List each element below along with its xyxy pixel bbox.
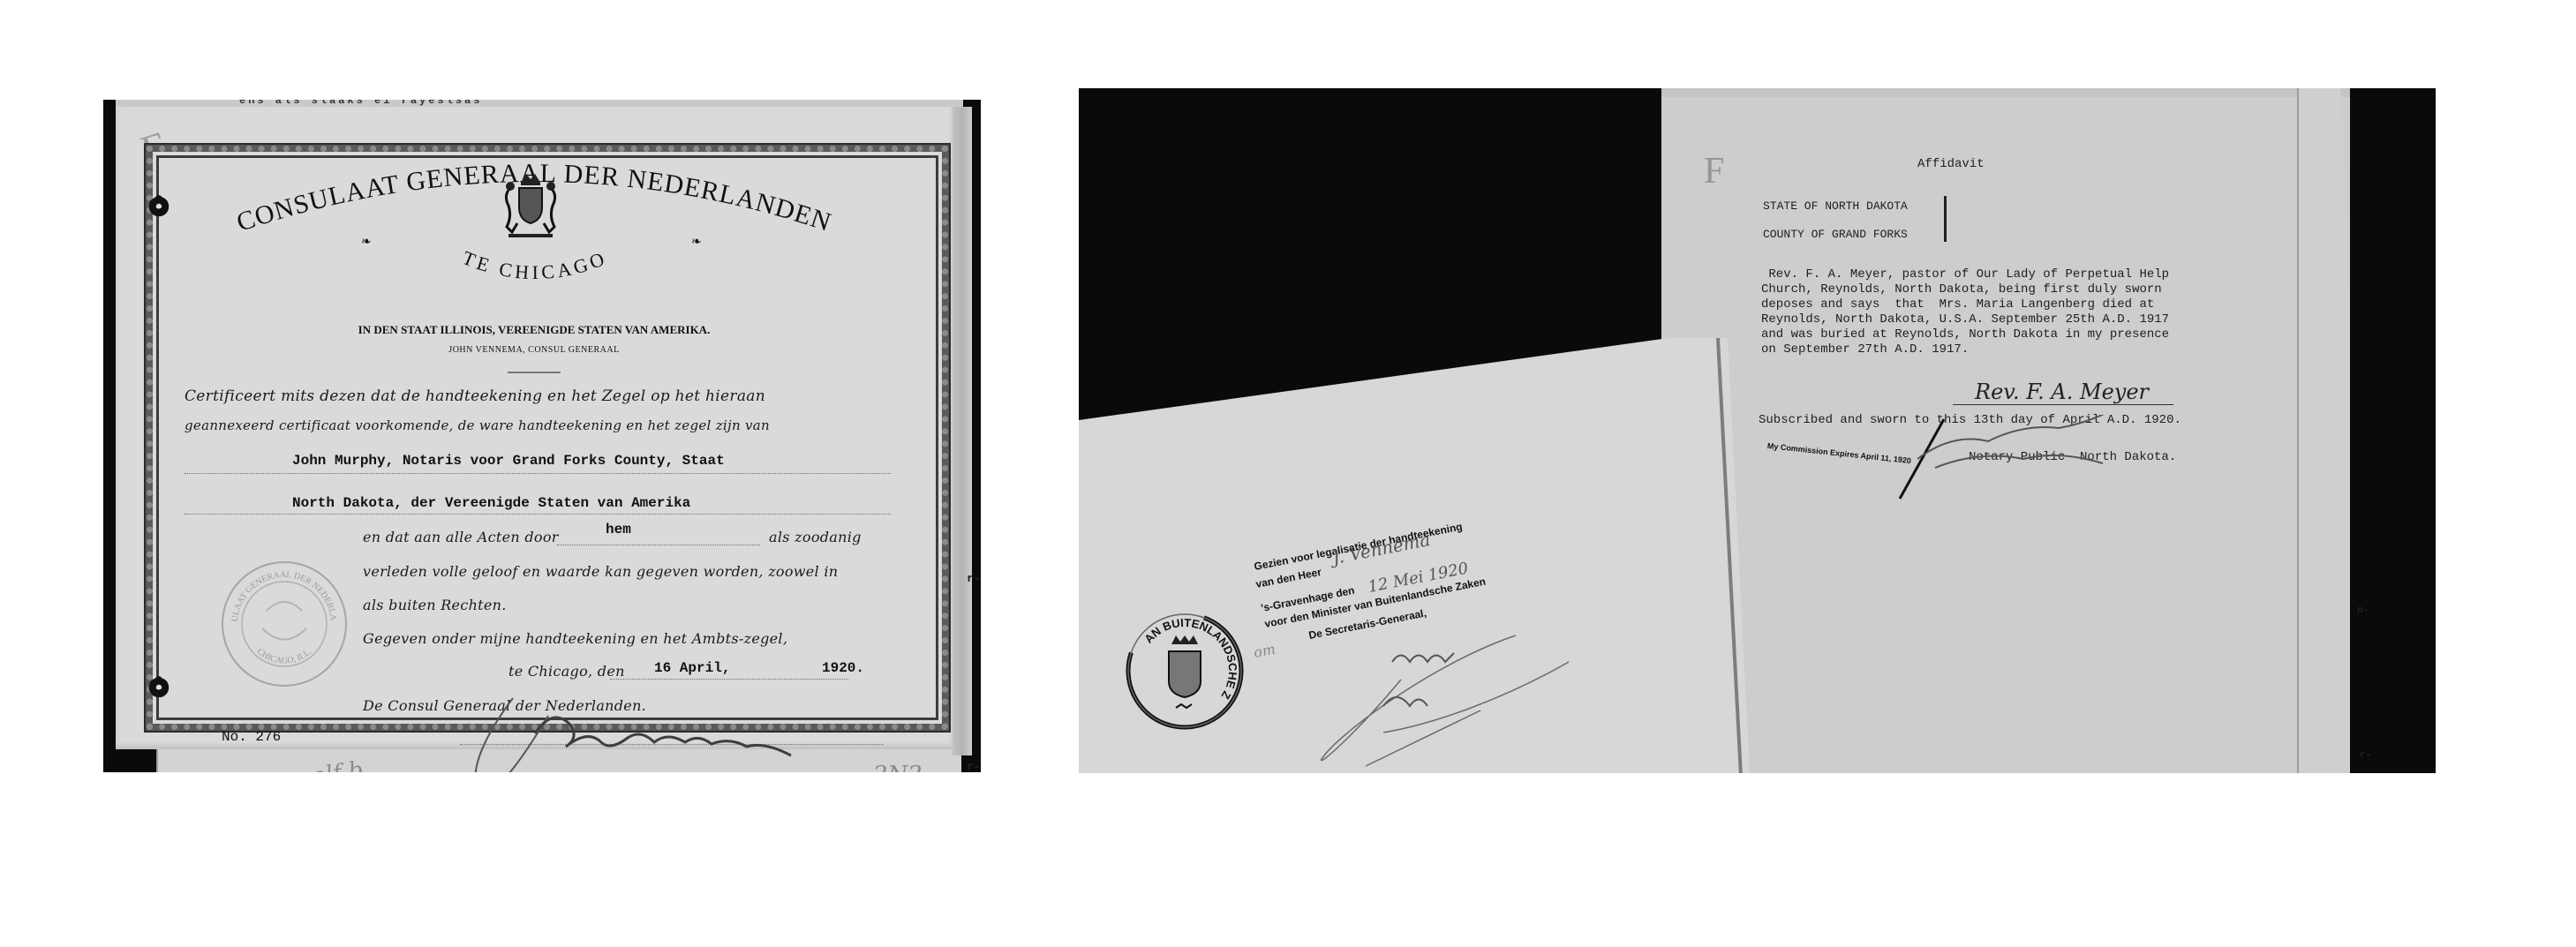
fill-rule [610, 679, 848, 680]
svg-text:CONSULAAT GENERAAL DER NEDERLA: CONSULAAT GENERAAL DER NEDERLANDEN [218, 558, 338, 622]
affidavit-title: Affidavit [1917, 157, 1985, 171]
body-line-1: Certificeert mits dezen dat de handteeke… [185, 387, 765, 405]
svg-text:John Murphy: John Murphy [1882, 415, 1887, 416]
svg-text:TE CHICAGO: TE CHICAGO [459, 246, 610, 283]
margin-mark: r- [967, 572, 981, 585]
venue-bracket [1944, 196, 1947, 242]
consulate-certificate-scan: ens als slaaks ei rayeslsas F CONSULAAT … [103, 100, 981, 772]
top-strip [1661, 88, 2368, 98]
ornament-icon: ❧ [361, 235, 372, 250]
notary-state: North Dakota, der Vereenigde Staten van … [292, 495, 690, 511]
city-subtitle: TE CHICAGO [459, 246, 610, 283]
body-line-5a: en dat aan alle Acten door [363, 529, 559, 545]
pencil-initial: F [1704, 150, 1724, 192]
deponent-signature: Rev. F. A. Meyer [1975, 380, 2149, 404]
consul-line: JOHN VENNEMA, CONSUL GENERAAL [116, 345, 953, 355]
te-chicago-arc: TE CHICAGO [380, 230, 689, 301]
body-line-6: verleden volle geloof en waarde kan gege… [363, 563, 838, 580]
divider [508, 372, 561, 373]
pencil-note: 2N2 [873, 762, 923, 772]
svg-text:CHICAGO, ILL.: CHICAGO, ILL. [255, 647, 313, 666]
fill-rule [185, 473, 891, 474]
venue-state: STATE OF NORTH DAKOTA [1763, 199, 1908, 213]
svg-text:J. Vennema: J. Vennema [583, 728, 589, 730]
top-strip-text: ens als slaaks ei rayeslsas [239, 100, 482, 107]
ministry-seal: MIN. VAN BUITENLANDSCHE ZAKEN [1123, 609, 1247, 733]
consul-signature: J. Vennema [451, 680, 893, 772]
issue-date: 16 April, [654, 660, 730, 676]
body-line-2: geannexeerd certificaat voorkomende, de … [185, 417, 770, 433]
margin-mark: r- [2360, 750, 2371, 761]
affidavit-body: Rev. F. A. Meyer, pastor of Our Lady of … [1761, 267, 2169, 357]
issue-year: 1920. [822, 660, 864, 676]
embossed-consulate-seal: CONSULAAT GENERAAL DER NEDERLANDEN CHICA… [218, 558, 350, 690]
affidavit-page: F Affidavit STATE OF NORTH DAKOTA COUNTY… [1661, 88, 2350, 773]
signature-rule [1953, 404, 2173, 405]
margin-mark: n- [2357, 605, 2369, 616]
state-line: IN DEN STAAT ILLINOIS, VEREENIGDE STATEN… [116, 323, 953, 337]
notary-name: John Murphy, Notaris voor Grand Forks Co… [292, 453, 725, 469]
pronoun-field: hem [606, 522, 631, 537]
body-line-8: Gegeven onder mijne handteekening en het… [363, 630, 787, 647]
rosette-icon [147, 676, 170, 699]
page-edge [953, 107, 972, 755]
certificate-number: No. 276 [222, 729, 281, 745]
fill-rule [185, 514, 891, 515]
venue-county: COUNTY OF GRAND FORKS [1763, 228, 1908, 241]
body-line-9: te Chicago, den [508, 663, 625, 680]
margin-mark: r- [967, 760, 981, 772]
certificate-card: F CONSULAAT GENERAAL DER NEDERLANDEN TE … [116, 107, 953, 749]
affidavit-scan: F Affidavit STATE OF NORTH DAKOTA COUNTY… [1079, 88, 2436, 773]
notary-signature: John Murphy [1882, 415, 2165, 503]
body-line-5b: als zoodanig [769, 529, 862, 545]
body-line-7: als buiten Rechten. [363, 597, 507, 613]
secretary-signature [1304, 627, 1595, 768]
ornament-icon: ❧ [691, 235, 702, 250]
fill-rule [557, 545, 760, 545]
scan-background [2350, 88, 2436, 773]
